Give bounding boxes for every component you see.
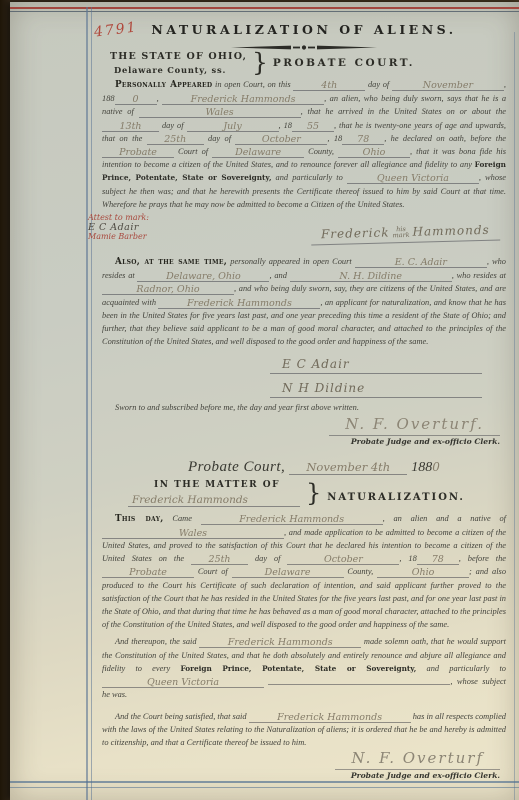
matter-block: IN THE MATTER OF Frederick Hammonds } NA…: [128, 480, 506, 507]
order-paragraph: This day, Came Frederick Hammonds, an al…: [102, 512, 506, 632]
left-margin-rule-outer: [86, 7, 88, 800]
admission-paragraph: And the Court being satisfied, that said…: [102, 710, 506, 750]
printed-text: day of: [248, 554, 287, 563]
printed-text: Came: [164, 514, 201, 523]
in-the-matter-of-label: IN THE MATTER OF: [154, 480, 300, 490]
fill-applicant-name: Frederick Hammonds: [158, 299, 320, 309]
fill-sovereign: Queen Victoria: [102, 678, 264, 688]
printed-text: And thereupon, the said: [115, 637, 199, 646]
fill-arrival-month: July: [187, 122, 279, 132]
page-title: NATURALIZATION OF ALIENS.: [102, 22, 506, 37]
witness1-signature: E C Adair: [282, 357, 350, 371]
bottom-rule-outer: [10, 781, 519, 783]
judge-title-caption: Probate Judge and ex-officio Clerk.: [102, 437, 500, 446]
judge-signature: N. F. Overturf.: [345, 415, 484, 433]
final-judge-signature-block: N. F. Overturf Probate Judge and ex-offi…: [102, 749, 500, 780]
fill-declaration-year: 78: [417, 555, 459, 565]
printed-text: personally appeared in open Court: [227, 257, 355, 266]
applicant-first-name: Frederick: [321, 225, 390, 241]
printed-text: , before the: [459, 554, 506, 563]
final-judge-title-caption: Probate Judge and ex-officio Clerk.: [102, 771, 500, 780]
order-heading: Probate Court, November 4th 1880: [188, 458, 506, 476]
fill-sovereign: Queen Victoria: [347, 174, 479, 184]
printed-text: day of: [204, 134, 236, 143]
fill-hearing-year: 0: [115, 95, 157, 105]
matter-left: IN THE MATTER OF Frederick Hammonds: [128, 480, 300, 507]
fill-native-country: Wales: [139, 108, 301, 118]
fill-county: Delaware: [212, 148, 304, 158]
fill-order-year: 0: [432, 460, 440, 474]
fill-applicant-name: Frederick Hammonds: [249, 713, 411, 723]
oath-paragraph: And thereupon, the said Frederick Hammon…: [102, 635, 506, 701]
witness2-signature-line: N H Dildine: [270, 377, 482, 398]
printed-gothic-text: Foreign Prince, Potentate, State or Sove…: [180, 664, 416, 673]
fill-applicant-name: Frederick Hammonds: [162, 95, 324, 105]
document-page: 4791 NATURALIZATION OF ALIENS. THE STATE…: [10, 2, 519, 800]
mark-label: mark: [393, 232, 410, 239]
bottom-rule-inner: [10, 787, 519, 788]
witness-note-red: Mamie Barber: [88, 232, 149, 242]
fill-native-country: Wales: [102, 529, 284, 539]
printed-text: ,: [157, 94, 159, 103]
final-judge-signature: N. F. Overturf: [351, 749, 484, 767]
fill-applicant-name: Frederick Hammonds: [199, 638, 361, 648]
fill-witness2-name: N. H. Dildine: [290, 272, 452, 282]
jurat-text: Sworn to and subscribed before me, the d…: [102, 401, 506, 414]
empty-blank-line: [268, 684, 450, 685]
witness-paragraph: Also, at the same time, personally appea…: [102, 255, 506, 348]
printed-text: , 18: [399, 554, 416, 563]
attestation-notes: Attest to mark: E C Adair Mamie Barber: [88, 213, 149, 255]
fill-declaration-day: 25th: [147, 135, 204, 145]
probate-court-heading: Probate Court,: [188, 459, 285, 475]
fill-hearing-day: 4th: [293, 81, 365, 91]
brace-glyph: }: [252, 51, 268, 75]
printed-text: County,: [344, 567, 377, 576]
witness2-signature: N H Dildine: [282, 381, 365, 395]
fill-declaration-month: October: [287, 555, 399, 565]
printed-text: and particularly to: [416, 664, 506, 673]
printed-text: and particularly to: [271, 173, 346, 182]
fill-court-type: Probate: [102, 148, 174, 158]
affidavit-paragraph: Personally Appeared in open Court, on th…: [102, 78, 506, 211]
printed-text: , he declared on oath, before the: [384, 134, 506, 143]
fill-applicant-name: Frederick Hammonds: [201, 515, 383, 525]
lead-also-same-time: Also, at the same time,: [115, 257, 227, 267]
printed-text: , and: [269, 271, 289, 280]
printed-text: day of: [159, 121, 187, 130]
printed-text: in open Court, on this: [212, 80, 293, 89]
divider-ornament: [102, 39, 506, 48]
fill-state: Ohio: [338, 148, 410, 158]
left-margin-rule-inner: [91, 7, 92, 800]
brace-glyph: }: [306, 480, 321, 507]
fill-witness1-residence: Delaware, Ohio: [137, 272, 269, 282]
witness1-signature-line: E C Adair: [270, 353, 482, 374]
printed-text: day of: [365, 80, 392, 89]
printed-year: 188: [411, 460, 432, 475]
fill-witness2-residence: Radnor, Ohio: [102, 285, 234, 295]
printed-text: County,: [304, 147, 338, 156]
judge-signature-line: N. F. Overturf.: [329, 415, 500, 436]
lead-personally-appeared: Personally Appeared: [115, 80, 212, 90]
county-line: Delaware County, ss.: [114, 65, 252, 75]
fill-hearing-month: November: [392, 81, 504, 91]
applicant-last-name: Hammonds: [413, 223, 491, 239]
fill-court-type: Probate: [102, 568, 194, 578]
caption-block: THE STATE OF OHIO, Delaware County, ss. …: [110, 51, 506, 75]
fill-declaration-month: October: [235, 135, 327, 145]
fill-state: Ohio: [377, 568, 469, 578]
fill-declaration-year: 78: [342, 135, 384, 145]
fill-county: Delaware: [232, 568, 344, 578]
printed-text: , 18: [327, 134, 342, 143]
attestation-row: Attest to mark: E C Adair Mamie Barber F…: [102, 213, 506, 255]
naturalization-label: NATURALIZATION.: [327, 492, 465, 507]
final-judge-signature-line: N. F. Overturf: [335, 749, 500, 770]
lead-this-day: This day,: [115, 514, 164, 524]
state-line: THE STATE OF OHIO,: [110, 51, 252, 62]
his-mark-stack: hismark: [393, 226, 410, 239]
right-margin-rule: [514, 32, 515, 800]
printed-text: Court of: [174, 147, 212, 156]
fill-witness1-name: E. C. Adair: [355, 258, 487, 268]
scanned-document-photo: { "colors":{ "paper_top":"#c9ccc2","pape…: [0, 0, 519, 800]
printed-text: , an alien and a native of: [383, 514, 506, 523]
printed-text: , who resides at: [452, 271, 506, 280]
form-content: NATURALIZATION OF ALIENS. THE STATE OF O…: [102, 14, 506, 780]
witness-signatures: E C Adair N H Dildine: [270, 353, 506, 398]
printed-text: Court of: [194, 567, 232, 576]
fill-matter-name: Frederick Hammonds: [128, 492, 300, 507]
fill-declaration-day: 25th: [191, 555, 248, 565]
applicant-mark-signature: FrederickhismarkHammonds: [311, 221, 500, 246]
venue-block: THE STATE OF OHIO, Delaware County, ss.: [110, 51, 252, 75]
printed-text: , that he arrived in the United States o…: [301, 107, 506, 116]
fill-arrival-day: 13th: [102, 122, 159, 132]
court-name: PROBATE COURT.: [273, 57, 415, 69]
fill-order-date: November 4th: [289, 460, 407, 475]
fill-arrival-year: 55: [292, 122, 334, 132]
printed-text: And the Court being satisfied, that said: [115, 712, 249, 721]
printed-text: , 18: [279, 121, 292, 130]
judge-signature-block: N. F. Overturf. Probate Judge and ex-off…: [102, 415, 500, 446]
clerk-attest-signature: E C Adair: [88, 223, 149, 233]
